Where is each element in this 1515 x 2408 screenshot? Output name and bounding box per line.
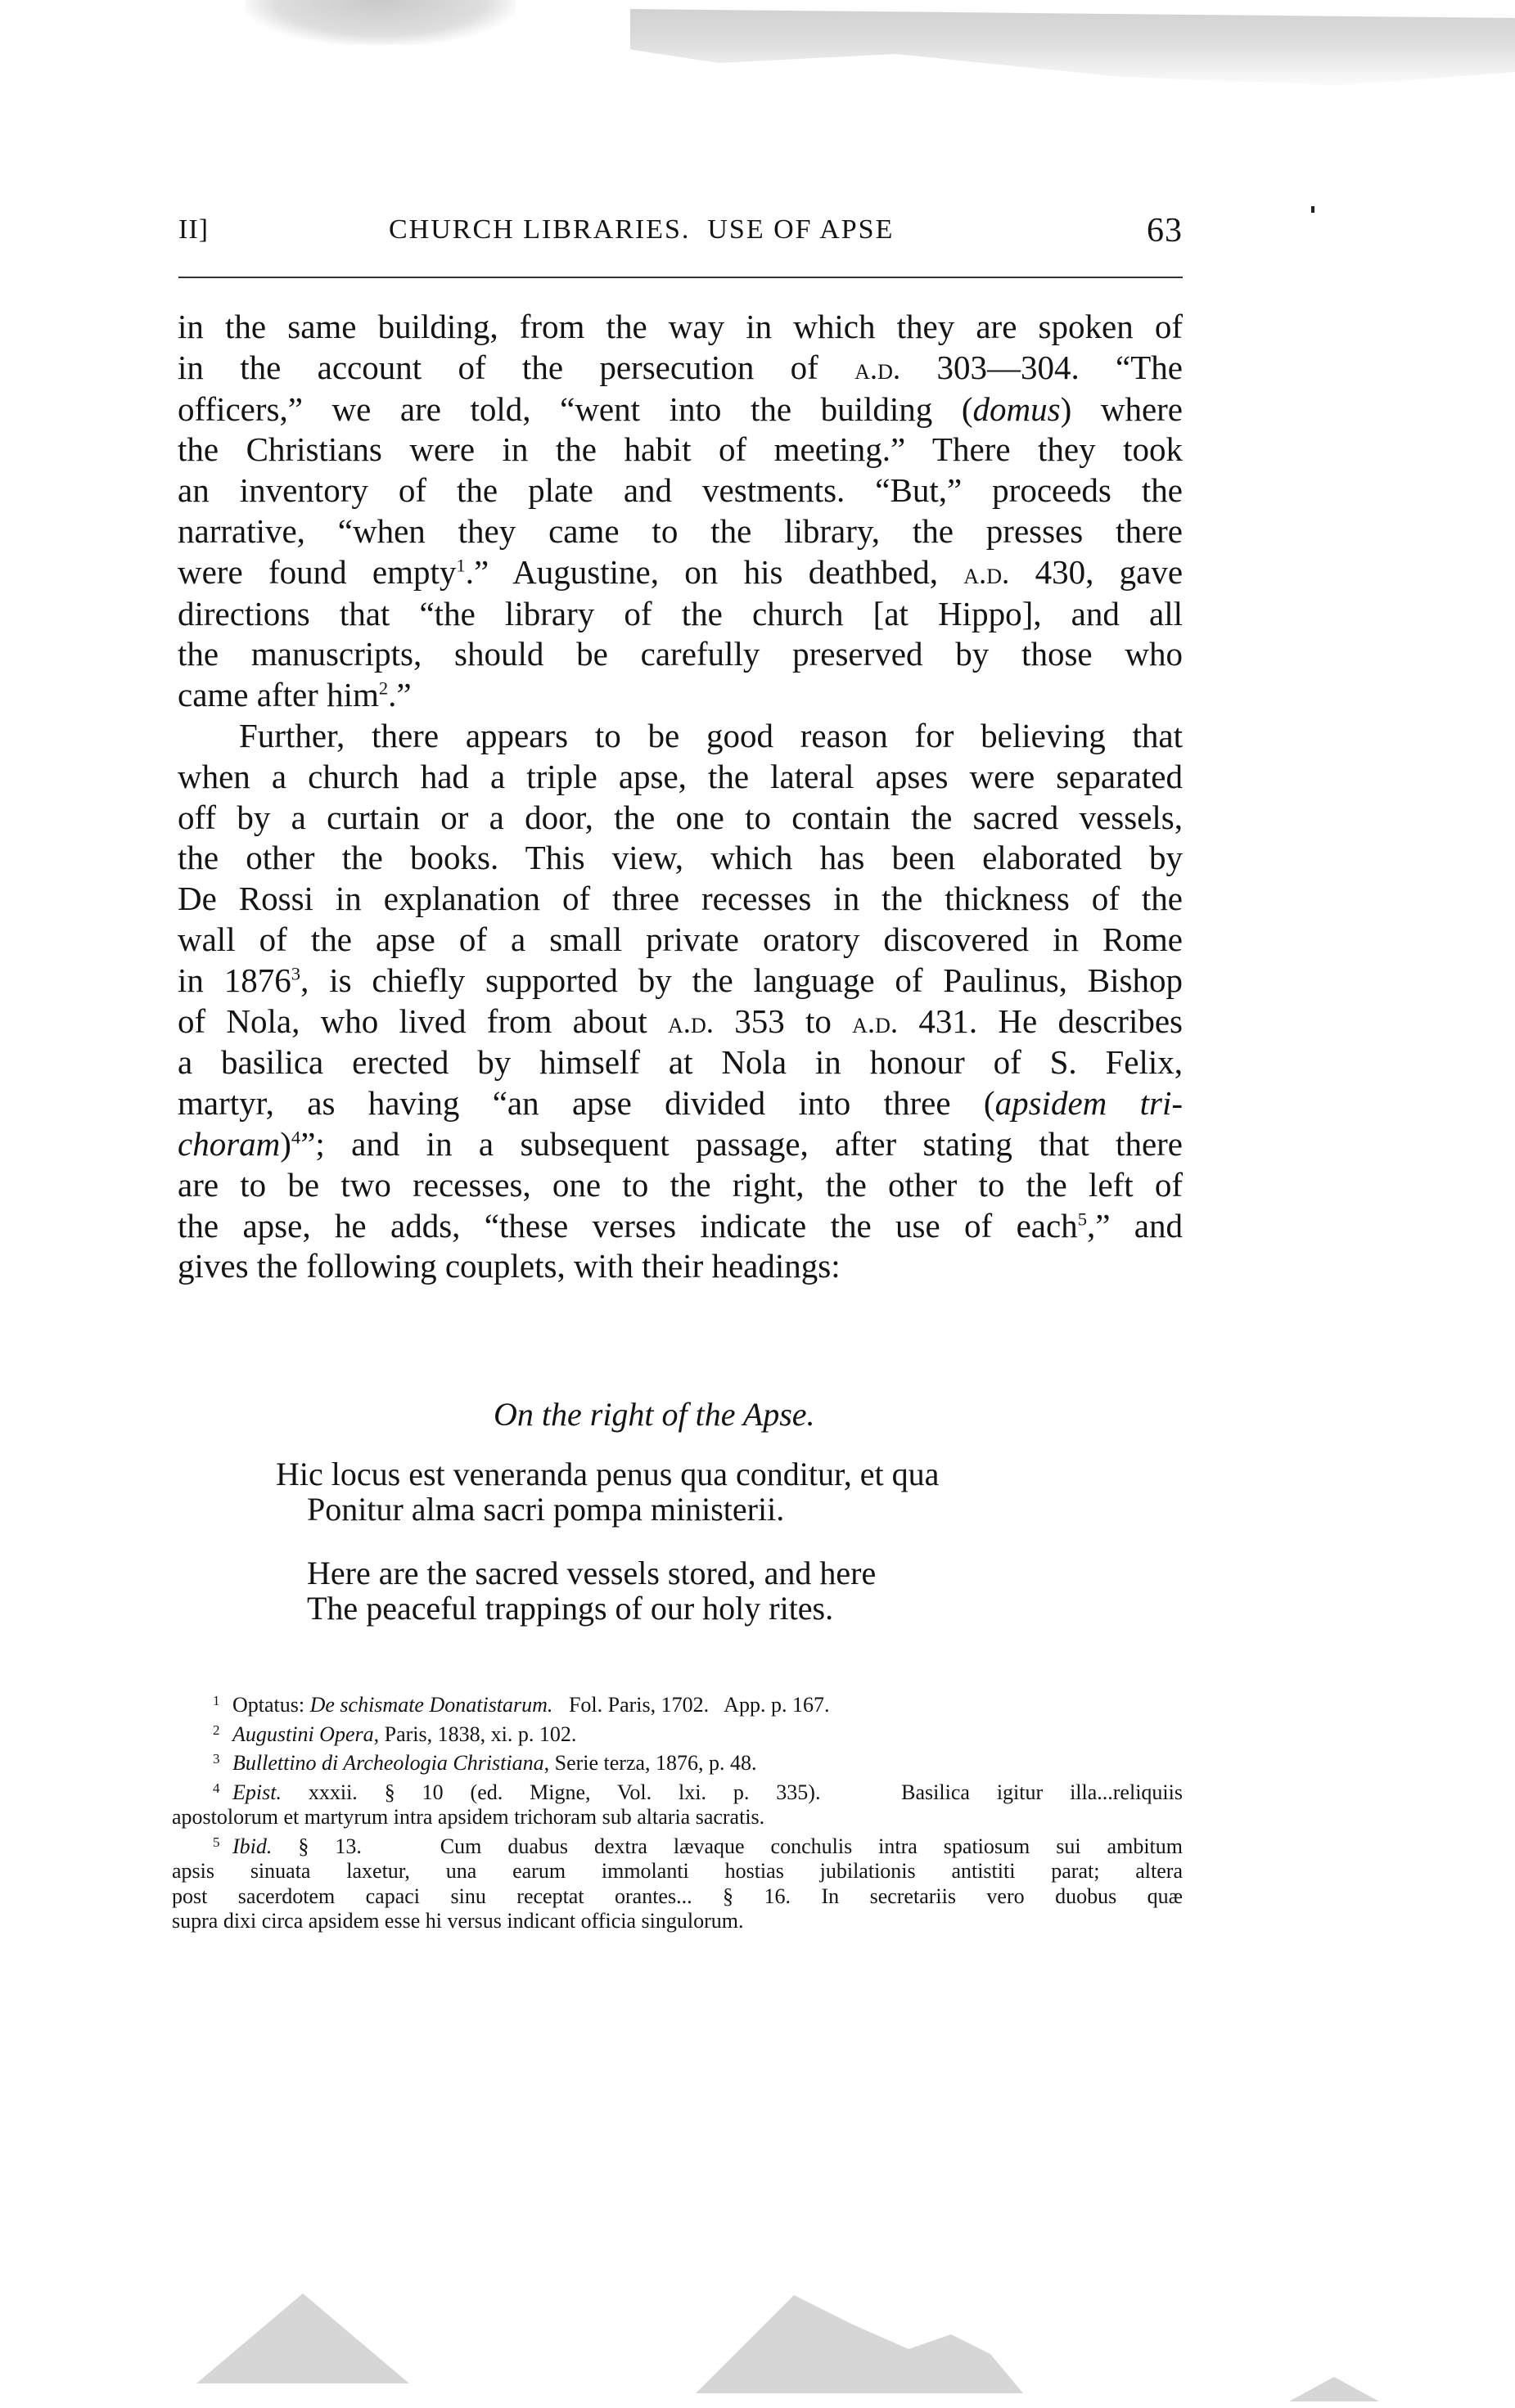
text-span: ) where [1061,390,1183,428]
text-span: officers,” we are told, “went into the b… [178,390,973,428]
text-span: when a church had a triple apse, the lat… [178,758,1183,795]
scan-artifact-top-left [246,0,516,45]
text-line: of Nola, who lived from about a.d. 353 t… [178,1001,1183,1043]
footnote-line: apsis sinuata laxetur, una earum immolan… [172,1859,1183,1884]
italic-title: Ibid. [232,1834,272,1858]
footnote-line: 2Augustini Opera, Paris, 1838, xi. p. 10… [172,1718,1183,1748]
footnote-line: 5Ibid. § 13. Cum duabus dextra lævaque c… [172,1830,1183,1860]
text-span: , Serie terza, 1876, p. 48. [544,1751,757,1775]
text-span: martyr, as having “an apse divided into … [178,1084,995,1122]
footnotes: 1Optatus: De schismate Donatistarum. Fol… [172,1689,1183,1934]
text-span: narrative, “when they came to the librar… [178,512,1183,550]
text-span: the other the books. This view, which ha… [178,839,1183,876]
footnote-number: 1 [213,1689,232,1714]
text-span: in the same building, from the way in wh… [178,308,1183,345]
small-caps-era: a.d. [668,1006,714,1039]
text-line: the manuscripts, should be carefully pre… [178,634,1183,675]
scan-artifact-bottom-center [696,2295,1023,2393]
text-line: are to be two recesses, one to the right… [178,1165,1183,1206]
text-span: of Nola, who lived from about [178,1002,668,1040]
verse-line: Ponitur alma sacri pompa ministerii. [276,1492,939,1527]
footnote-ref-1[interactable]: 1 [456,555,465,575]
text-line: De Rossi in explanation of three recesse… [178,879,1183,920]
paragraph-1: in the same building, from the way in wh… [178,307,1183,716]
text-line: choram)4”; and in a subsequent passage, … [178,1124,1183,1165]
text-span: were found empty [178,553,456,591]
text-span: 431. He describes [898,1002,1183,1040]
footnote-line: 4Epist. xxxii. § 10 (ed. Migne, Vol. lxi… [172,1776,1183,1806]
text-span: off by a curtain or a door, the one to c… [178,799,1183,836]
text-span: § 13. Cum duabus dextra lævaque conchuli… [272,1834,1183,1858]
header-rule [178,277,1183,278]
footnote-line: supra dixi circa apsidem esse hi versus … [172,1909,1183,1934]
text-line: the other the books. This view, which ha… [178,838,1183,879]
text-line: an inventory of the plate and vestments.… [178,470,1183,511]
footnote-2: 2Augustini Opera, Paris, 1838, xi. p. 10… [172,1718,1183,1748]
text-line: when a church had a triple apse, the lat… [178,757,1183,798]
text-span: De Rossi in explanation of three recesse… [178,880,1183,917]
footnote-4: 4Epist. xxxii. § 10 (ed. Migne, Vol. lxi… [172,1776,1183,1830]
small-caps-era: a.d. [852,1006,898,1039]
text-line: in the account of the persecution of a.d… [178,348,1183,389]
text-line: officers,” we are told, “went into the b… [178,389,1183,430]
footnote-ref-3[interactable]: 3 [291,963,300,983]
text-line: directions that “the library of the chur… [178,594,1183,635]
italic-title: De schismate Donatistarum. [310,1693,553,1717]
margin-speck [1311,206,1314,213]
text-line: the apse, he adds, “these verses indicat… [178,1206,1183,1247]
footnote-ref-5[interactable]: 5 [1078,1209,1087,1229]
footnote-5: 5Ibid. § 13. Cum duabus dextra lævaque c… [172,1830,1183,1934]
italic-term: apsidem tri- [995,1084,1183,1122]
text-span: Further, there appears to be good reason… [239,717,1183,754]
verse-heading: On the right of the Apse. [494,1395,815,1434]
italic-title: Bullettino di Archeologia Christiana [232,1751,544,1775]
text-span: an inventory of the plate and vestments.… [178,471,1183,509]
italic-term: domus [973,390,1061,428]
text-span: Fol. Paris, 1702. App. p. 167. [552,1693,829,1717]
page-number: 63 [1147,211,1183,250]
text-line: narrative, “when they came to the librar… [178,511,1183,552]
footnote-line: 1Optatus: De schismate Donatistarum. Fol… [172,1689,1183,1718]
chapter-number: II] [178,214,209,245]
verse-line: The peaceful trappings of our holy rites… [276,1591,876,1626]
text-line: off by a curtain or a door, the one to c… [178,798,1183,839]
footnote-ref-2[interactable]: 2 [379,678,388,699]
text-span: , is chiefly supported by the language o… [300,961,1183,999]
text-span: the manuscripts, should be carefully pre… [178,635,1183,673]
text-line: a basilica erected by himself at Nola in… [178,1042,1183,1083]
text-span: came after him [178,676,379,713]
text-span: .” [388,676,411,713]
footnote-number: 4 [213,1776,232,1802]
text-line: martyr, as having “an apse divided into … [178,1083,1183,1124]
text-span: the apse, he adds, “these verses indicat… [178,1207,1078,1245]
footnote-ref-4[interactable]: 4 [291,1127,300,1147]
verse-line: Hic locus est veneranda penus qua condit… [276,1456,939,1492]
body-text: in the same building, from the way in wh… [178,307,1183,1287]
text-line: wall of the apse of a small private orat… [178,920,1183,961]
verse-line: Here are the sacred vessels stored, and … [276,1555,876,1591]
italic-title: Augustini Opera [232,1722,374,1746]
text-span: xxxii. § 10 (ed. Migne, Vol. lxi. p. 335… [282,1780,1183,1804]
text-span: .” Augustine, on his deathbed, [466,553,964,591]
latin-couplet: Hic locus est veneranda penus qua condit… [276,1456,939,1527]
footnote-line: post sacerdotem capaci sinu receptat ora… [172,1884,1183,1910]
footnote-3: 3Bullettino di Archeologia Christiana, S… [172,1747,1183,1776]
text-span: ,” and [1087,1207,1183,1245]
text-span: Optatus: [232,1693,310,1717]
small-caps-era: a.d. [963,556,1009,590]
footnote-number: 3 [213,1747,232,1772]
scan-artifact-bottom-right [1289,2377,1379,2401]
text-line: in 18763, is chiefly supported by the la… [178,961,1183,1001]
paragraph-2: Further, there appears to be good reason… [178,716,1183,1287]
text-span: 430, gave [1009,553,1183,591]
text-span: gives the following couplets, with their… [178,1247,841,1285]
text-line: came after him2.” [178,675,1183,716]
running-title: CHURCH LIBRARIES. USE OF APSE [389,214,894,245]
text-line: the Christians were in the habit of meet… [178,430,1183,470]
text-span: the Christians were in the habit of meet… [178,430,1183,468]
text-line: in the same building, from the way in wh… [178,307,1183,348]
text-span: 303—304. “The [900,349,1183,386]
text-span: ) [280,1125,291,1163]
italic-term: choram [178,1125,280,1163]
text-line: were found empty1.” Augustine, on his de… [178,552,1183,594]
italic-title: Epist. [232,1780,282,1804]
text-span: in 1876 [178,961,291,999]
footnote-1: 1Optatus: De schismate Donatistarum. Fol… [172,1689,1183,1718]
footnote-number: 5 [213,1830,232,1856]
text-span: , Paris, 1838, xi. p. 102. [374,1722,577,1746]
text-line: gives the following couplets, with their… [178,1246,1183,1287]
scan-artifact-bottom-left [196,2293,409,2383]
text-span: are to be two recesses, one to the right… [178,1166,1183,1204]
text-span: wall of the apse of a small private orat… [178,920,1183,958]
small-caps-era: a.d. [854,352,900,385]
text-span: ”; and in a subsequent passage, after st… [300,1125,1183,1163]
text-span: a basilica erected by himself at Nola in… [178,1043,1183,1081]
text-line: Further, there appears to be good reason… [178,716,1183,757]
english-couplet: Here are the sacred vessels stored, and … [276,1555,876,1626]
footnote-number: 2 [213,1718,232,1744]
scan-artifact-top-right [630,0,1515,90]
footnote-line: apostolorum et martyrum intra apsidem tr… [172,1805,1183,1830]
text-span: directions that “the library of the chur… [178,595,1183,632]
text-span: in the account of the persecution of [178,349,854,386]
text-span: 353 to [714,1002,852,1040]
running-head: II] CHURCH LIBRARIES. USE OF APSE 63 [178,214,1183,250]
footnote-line: 3Bullettino di Archeologia Christiana, S… [172,1747,1183,1776]
